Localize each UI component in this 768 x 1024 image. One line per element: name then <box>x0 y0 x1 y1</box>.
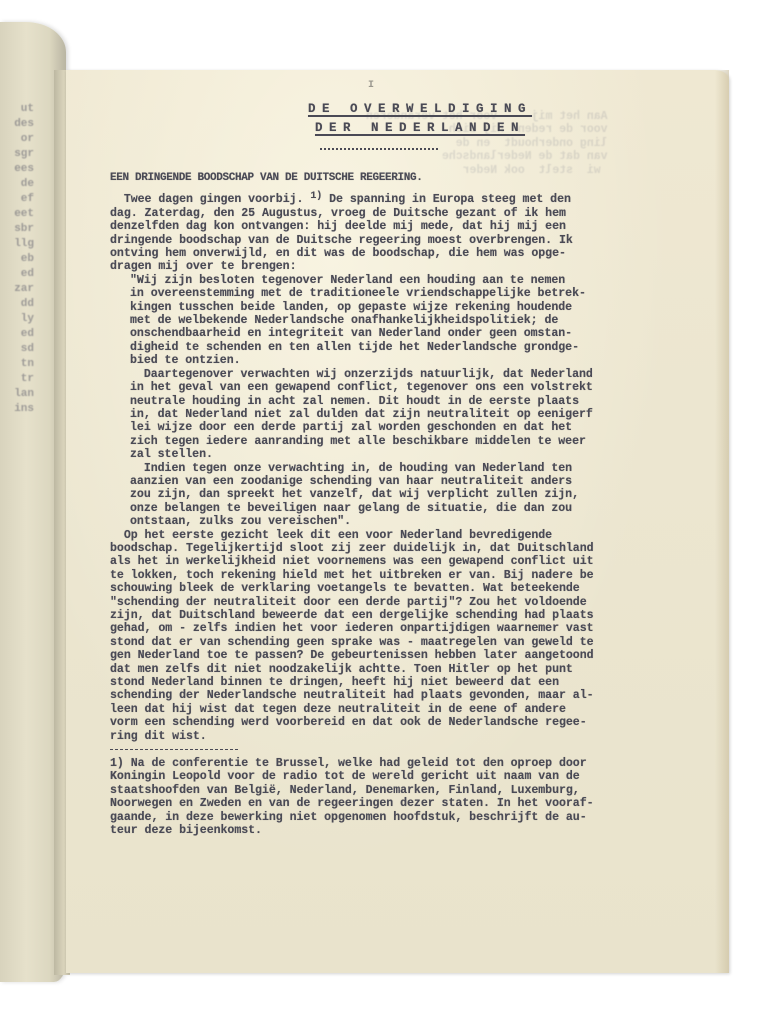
text-line: ring dit wist. <box>110 730 710 743</box>
text-line: gen Nederland toe te passen? De gebeurte… <box>110 649 710 662</box>
footnote-line: 1) Na de conferentie te Brussel, welke h… <box>110 757 710 770</box>
footnote-line: gaande, in deze bewerking niet opgenomen… <box>110 811 710 824</box>
fragment: dd <box>0 297 34 312</box>
footnote-line: Koningin Leopold voor de radio tot de we… <box>110 770 710 783</box>
text-line: dragen mij over te brengen: <box>110 260 710 273</box>
document-body: DE OVERWELDIGING DER NEDERLANDEN EEN DRI… <box>110 100 710 838</box>
text-line: met de welbekende Nederlandsche onafhank… <box>130 314 710 327</box>
text-line: lei wijze door een derde partij zal word… <box>130 421 710 434</box>
paragraph-intro: Twee dagen gingen voorbij. 1) De spannin… <box>110 190 710 273</box>
text-line: stond Nederland binnen te dringen, heeft… <box>110 676 710 689</box>
text-line: gehad, om - zelfs indien het voor iedere… <box>110 622 710 635</box>
text-line: "Wij zijn besloten tegenover Nederland e… <box>130 274 710 287</box>
text-line: schouwing bleek de verklaring voetangels… <box>110 582 710 595</box>
text-line: leen dat hij wist dat tegen deze neutral… <box>110 703 710 716</box>
text-line: dringende boodschap van de Duitsche rege… <box>110 234 710 247</box>
text-line: als het in werkelijkheid niet voornemens… <box>110 555 710 568</box>
text-line: Daartegenover verwachten wij onzerzijds … <box>130 368 710 381</box>
text-line: ontving hem onverwijld, en dit was de bo… <box>110 247 710 260</box>
text-line: neutrale houding in acht zal nemen. Dit … <box>130 395 710 408</box>
footnote: 1) Na de conferentie te Brussel, welke h… <box>110 757 710 837</box>
title-divider <box>320 148 438 150</box>
text-line: "schending der neutraliteit door een der… <box>110 596 710 609</box>
text-line: in het geval van een gewapend conflict, … <box>130 381 710 394</box>
footnote-line: staatshoofden van België, Nederland, Den… <box>110 784 710 797</box>
text-line: bied te ontzien. <box>130 354 710 367</box>
text-line: boodschap. Tegelijkertijd sloot zij zeer… <box>110 542 710 555</box>
section-heading: EEN DRINGENDE BOODSCHAP VAN DE DUITSCHE … <box>110 172 710 185</box>
fragment: ef <box>0 192 34 207</box>
footnote-line: teur deze bijeenkomst. <box>110 824 710 837</box>
footnote-line: Noorwegen en Zweden en van de regeeringe… <box>110 797 710 810</box>
fragment: ees <box>0 162 34 177</box>
fragment: sbr <box>0 222 34 237</box>
fragment: ins <box>0 402 34 417</box>
fragment: ed <box>0 267 34 282</box>
fragment: ed <box>0 327 34 342</box>
text-line: stond dat er van schending geen sprake w… <box>110 636 710 649</box>
text-line: te lokken, toch rekening hield met het u… <box>110 569 710 582</box>
text-line: dat men zelfs dit niet noodzakelijk acht… <box>110 663 710 676</box>
paragraph-intro-lines: dag. Zaterdag, den 25 Augustus, vroeg de… <box>110 207 710 274</box>
text-line: Indien tegen onze verwachting in, de hou… <box>130 462 710 475</box>
text-line: zich tegen iedere aanranding met alle be… <box>130 435 710 448</box>
fragment: eb <box>0 252 34 267</box>
text-line: onze belangen te beveiligen naar gelang … <box>130 502 710 515</box>
fragment: sgr <box>0 147 34 162</box>
text-line: in, dat Nederland niet zal dulden dat zi… <box>130 408 710 421</box>
text-line: schending der Nederlandsche neutraliteit… <box>110 689 710 702</box>
fragment: tn <box>0 357 34 372</box>
document-title: DE OVERWELDIGING DER NEDERLANDEN <box>130 100 710 138</box>
text-line: zijn, dat Duitschland beweerde dat een d… <box>110 609 710 622</box>
text-line: Op het eerste gezicht leek dit een voor … <box>110 529 710 542</box>
fragment: zar <box>0 282 34 297</box>
text-line: aanzien van een zoodanige schending van … <box>130 475 710 488</box>
text-line: vorm een schending werd voorbereid en da… <box>110 716 710 729</box>
text-line: in overeenstemming met de traditioneele … <box>130 287 710 300</box>
fragment: eet <box>0 207 34 222</box>
quote-paragraph-2: Daartegenover verwachten wij onzerzijds … <box>130 368 710 462</box>
quote-paragraph-3: Indien tegen onze verwachting in, de hou… <box>130 462 710 529</box>
fragment: des <box>0 117 34 132</box>
quote-paragraph-1: "Wij zijn besloten tegenover Nederland e… <box>130 274 710 368</box>
paragraph-analysis: Op het eerste gezicht leek dit een voor … <box>110 529 710 744</box>
fragment: llg <box>0 237 34 252</box>
fragment: ly <box>0 312 34 327</box>
text-line: onschendbaarheid en integriteit van Nede… <box>130 327 710 340</box>
footnote-reference[interactable]: 1) <box>310 191 322 202</box>
text-line: kingen tusschen beide landen, op gepaste… <box>130 301 710 314</box>
fragment: ut <box>0 102 34 117</box>
footnote-divider <box>110 749 238 750</box>
folio-mark: I <box>368 80 374 91</box>
text-line: digheid te schenden en ten allen tijde h… <box>130 341 710 354</box>
text-line: denzelfden dag kon ontvangen: hij deelde… <box>110 220 710 233</box>
text-line: zal stellen. <box>130 448 710 461</box>
fragment: or <box>0 132 34 147</box>
text-line: ontstaan, zulks zou vereischen". <box>130 515 710 528</box>
fragment: de <box>0 177 34 192</box>
fragment: sd <box>0 342 34 357</box>
previous-page-text-fragments: utdesorsgreesdeefeetsbrllgebedzarddlyeds… <box>0 102 34 417</box>
text-line: zou zijn, dan spreekt het vanzelf, dat w… <box>130 488 710 501</box>
fragment: lan <box>0 387 34 402</box>
fragment: tr <box>0 372 34 387</box>
text-line: dag. Zaterdag, den 25 Augustus, vroeg de… <box>110 207 710 220</box>
document-page: I Aan het mij voor het veranderen voor d… <box>66 70 729 973</box>
